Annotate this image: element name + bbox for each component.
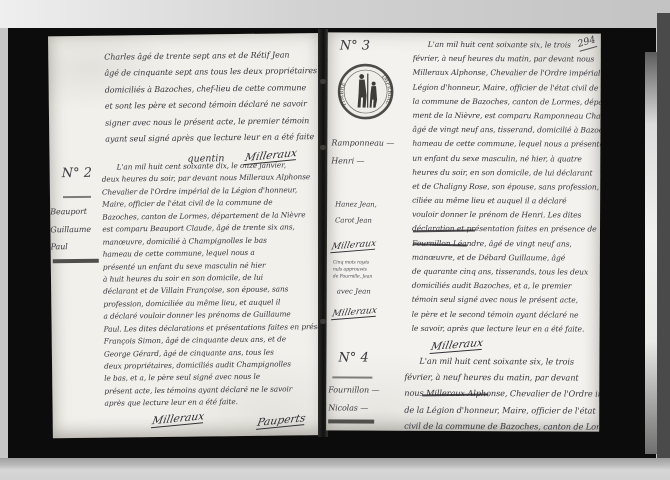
text-line: Milleraux Alphonse, Chevalier de l'Ordre… (413, 68, 601, 83)
signature-text: Milleraux (151, 410, 205, 427)
text-line: Légion d'honneur, Maire, officier de l'é… (413, 82, 601, 97)
entry4-body-text: L'an mil huit cent soixante six, le troi… (404, 356, 600, 438)
text-line: nous Milleraux Alphonse, Chevalier de l'… (404, 388, 600, 405)
imperial-stamp-graphic: TIMBRE IMPÉRIAL (335, 61, 395, 121)
margin-rule-thick (53, 259, 99, 263)
scan-border-right (657, 13, 670, 459)
text-line: de quarante cinq ans, tisserands, tous l… (412, 267, 600, 282)
text-line: heures du soir, en son domicile, de lui … (412, 167, 600, 182)
text-line: Guillaume (50, 220, 106, 238)
entry2-father-signature: Pauperts (258, 408, 305, 428)
margin-rule-thick (328, 419, 374, 423)
binding-stitch (320, 79, 326, 84)
imperial-stamp: TIMBRE IMPÉRIAL (335, 61, 395, 125)
entry3-body-text: L'an mil huit cent soixante six, le troi… (412, 40, 601, 339)
book-fore-edge (645, 52, 657, 454)
margin-rule (332, 376, 372, 378)
signature-text: Milleraux (331, 306, 378, 320)
entry4-margin-name: Fournillon —Nicolas — (328, 381, 394, 416)
scanned-register-photo: { "photo": { "description": "Photographe… (0, 0, 670, 480)
text-line: février, à neuf heures du matin, par dev… (404, 372, 600, 389)
entry2-officer-signature: Milleraux (153, 406, 204, 426)
text-line: Carot Jean (335, 212, 399, 228)
entry3-renvoi-note: Cinq mots rayésnuls approuvésde Fournill… (333, 259, 393, 280)
text-line: de la Légion d'honneur, Maire, officier … (404, 404, 600, 421)
entry3-margin-name: Ramponneau —Henri — (331, 134, 397, 169)
text-line: et de Chaligny Rose, son épouse, sans pr… (412, 182, 600, 197)
entry2-margin-name: BeauportGuillaumePaul (50, 203, 107, 256)
entry3-margin-note-signature: Milleraux (332, 232, 376, 251)
text-line: Hanez Jean, (335, 196, 399, 212)
entry3-renvoi-signature: Milleraux (333, 299, 377, 318)
text-line: Fournillon Léandre, âgé de vingt neuf an… (412, 238, 600, 253)
entry3-officer-signature: Milleraux (431, 333, 482, 352)
text-line: âgé de vingt neuf ans, tisserand, domici… (412, 125, 600, 140)
text-line: hameau de cette commune, lequel nous a p… (412, 139, 600, 154)
margin-rule (63, 196, 91, 198)
text-line: déclaration et présentation faites en pr… (412, 224, 600, 239)
text-line: le père et le second témoin ayant déclar… (412, 309, 600, 324)
text-line: témoin seul signé avec nous le présent a… (412, 295, 600, 310)
text-line: vouloir donner le prénom de Henri. Les d… (412, 210, 600, 225)
text-line: Fournillon — (328, 381, 394, 399)
text-line: L'an mil huit cent soixante six, le troi… (419, 356, 600, 373)
text-line: Beauport (50, 203, 106, 221)
scan-border-top (0, 0, 670, 28)
text-line: domiciliés audit Bazoches, et a, le prem… (412, 281, 600, 296)
signature-text: Milleraux (430, 337, 485, 353)
binding-stitch (320, 319, 326, 324)
text-line: ciliée au même lieu et auquel il a décla… (412, 196, 600, 211)
entry2-body-text: L'an mil huit cent soixante dix, le onze… (102, 160, 324, 411)
text-line: Henri — (331, 152, 397, 170)
entry3-renvoi-tail: avec Jean (337, 283, 371, 299)
text-line: L'an mil huit cent soixante six, le troi… (428, 40, 601, 55)
text-line: de Fournille, Jean (333, 273, 393, 280)
entry1-continuation-text: Charles âgé de trente sept ans et de Rét… (104, 50, 319, 151)
text-line: Ramponneau — (331, 134, 397, 152)
text-line: ment de la Nièvre, est comparu Ramponnea… (412, 111, 600, 126)
entry3-margin-notes: Hanez Jean,Carot Jean (335, 196, 399, 228)
text-line: civil de la commune de Bazoches, canton … (404, 420, 600, 437)
register-page-left: Charles âgé de trente sept ans et de Rét… (48, 33, 326, 438)
entry4-margin-number: N° 4 (338, 350, 368, 365)
scan-border-bottom (0, 458, 670, 480)
signature-text: Pauperts (256, 412, 306, 429)
entry3-margin-number: N° 3 (340, 38, 370, 53)
text-line: février, à neuf heures du matin, par dev… (413, 54, 601, 69)
text-line: Paul (50, 238, 106, 256)
register-page-right: 294 N° 3 TIMBRE IMPÉRIAL (326, 32, 601, 431)
binding-stitch (320, 145, 326, 150)
text-line: la commune de Bazoches, canton de Lormes… (413, 97, 601, 112)
text-line: manœuvre, et de Débard Guillaume, âgé (412, 253, 600, 268)
entry2-margin-number: N° 2 (62, 166, 92, 181)
signature-text: Milleraux (330, 239, 377, 253)
text-line: un enfant du sexe masculin, né hier, à q… (412, 153, 600, 168)
text-line: Nicolas — (328, 399, 394, 417)
